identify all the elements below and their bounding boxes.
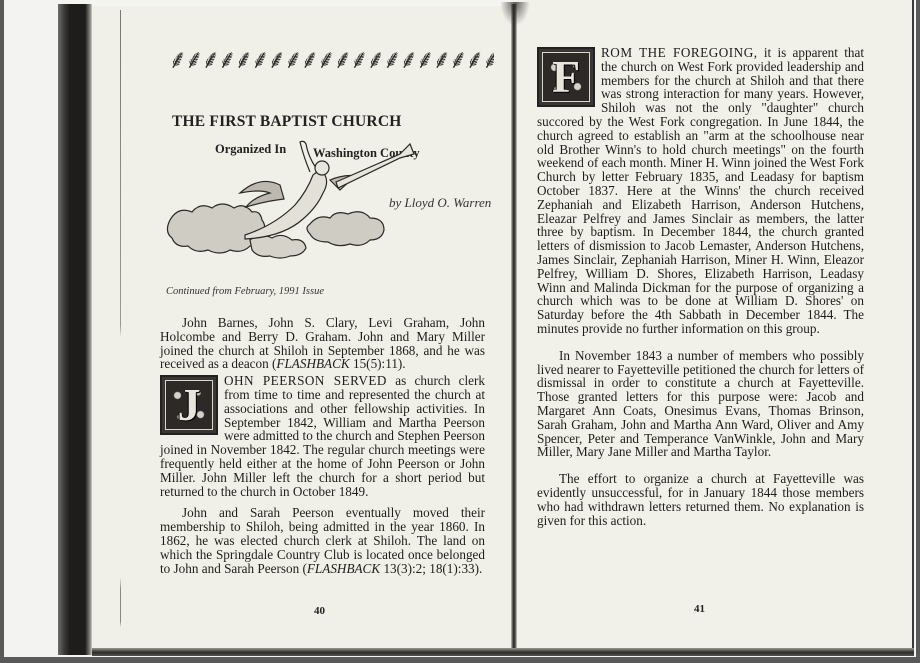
left-page-body: John Barnes, John S. Clary, Levi Graham,… — [160, 316, 485, 575]
paragraph: The effort to organize a church at Fayet… — [537, 472, 864, 527]
spine-shadow — [500, 2, 530, 26]
page-number-left: 40 — [314, 605, 325, 617]
paragraph: John and Sarah Peerson eventually moved … — [160, 506, 485, 575]
page-edge-bottom — [92, 648, 914, 656]
illuminated-initial-j-icon: J — [160, 375, 218, 435]
page-number-right: 41 — [694, 603, 705, 615]
paragraph-with-dropcap: FROM THE FOREGOING, it is apparent that … — [537, 46, 864, 336]
paragraph: John Barnes, John S. Clary, Levi Graham,… — [160, 316, 485, 371]
paragraph-with-dropcap: JOHN PEERSON SERVED as church clerk from… — [160, 374, 485, 498]
margin-scan-line — [120, 10, 121, 640]
continued-note: Continued from February, 1991 Issue — [166, 286, 324, 297]
paragraph: In November 1843 a number of members who… — [537, 349, 864, 459]
page-edge-right — [912, 0, 914, 651]
right-page-body: FROM THE FOREGOING, it is apparent that … — [537, 46, 864, 527]
text-run: 13(3):2; 18(1):33). — [380, 561, 482, 576]
lead-in-text: ROM THE FOREGOING, — [601, 45, 758, 60]
lead-in-text: OHN PEERSON SERVED — [224, 373, 387, 388]
publication-title: FLASHBACK — [307, 561, 380, 576]
text-run: 15(5):11). — [350, 356, 406, 371]
article-title: THE FIRST BAPTIST CHURCH — [172, 113, 401, 131]
author-byline: by Lloyd O. Warren — [389, 195, 491, 211]
book-spine — [511, 4, 517, 654]
scanner-bed-margin — [4, 0, 58, 657]
paragraph-spacer — [537, 336, 864, 349]
publication-title: FLASHBACK — [276, 356, 349, 371]
dropcap-letter: J — [162, 377, 216, 433]
decorative-border-ornament: ⸙⸙⸙⸙⸙⸙⸙⸙⸙⸙⸙⸙⸙⸙⸙⸙⸙⸙⸙⸙⸙⸙⸙⸙⸙ — [168, 44, 494, 76]
dropcap-letter: F — [539, 49, 593, 105]
page-edge-shadow-left — [58, 4, 92, 655]
illuminated-initial-f-icon: F — [537, 47, 595, 107]
